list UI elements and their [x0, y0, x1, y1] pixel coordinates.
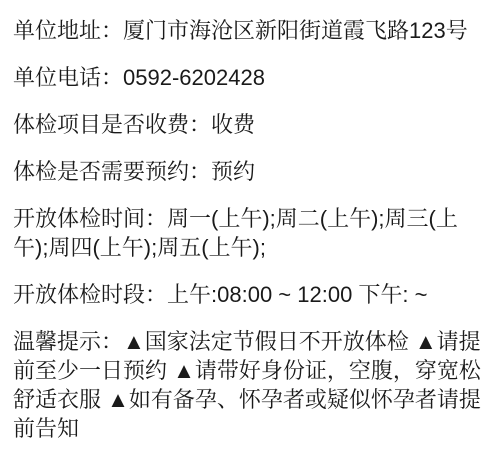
field-exam-appointment: 体检是否需要预约：预约: [13, 157, 488, 186]
exam-appointment-label: 体检是否需要预约：: [13, 159, 211, 184]
field-open-hours: 开放体检时段：上午:08:00 ~ 12:00 下午: ~: [13, 280, 488, 309]
unit-address-label: 单位地址：: [13, 18, 123, 43]
field-open-days: 开放体检时间：周一(上午);周二(上午);周三(上午);周四(上午);周五(上午…: [13, 204, 488, 262]
open-hours-label: 开放体检时段：: [13, 282, 167, 307]
clinic-info-panel: 单位地址：厦门市海沧区新阳街道霞飞路123号 单位电话：0592-6202428…: [0, 0, 500, 443]
field-tips: 温馨提示：▲国家法定节假日不开放体检 ▲请提前至少一日预约 ▲请带好身份证，空腹…: [13, 327, 488, 443]
tips-label: 温馨提示：: [13, 329, 123, 354]
field-unit-address: 单位地址：厦门市海沧区新阳街道霞飞路123号: [13, 16, 488, 45]
exam-fee-value: 收费: [211, 112, 255, 137]
unit-address-value: 厦门市海沧区新阳街道霞飞路123号: [123, 18, 468, 43]
field-exam-fee: 体检项目是否收费：收费: [13, 110, 488, 139]
exam-appointment-value: 预约: [211, 159, 255, 184]
field-unit-phone: 单位电话：0592-6202428: [13, 63, 488, 92]
open-days-label: 开放体检时间：: [13, 206, 167, 231]
unit-phone-value: 0592-6202428: [123, 65, 265, 90]
unit-phone-label: 单位电话：: [13, 65, 123, 90]
open-hours-value: 上午:08:00 ~ 12:00 下午: ~: [167, 282, 427, 307]
exam-fee-label: 体检项目是否收费：: [13, 112, 211, 137]
